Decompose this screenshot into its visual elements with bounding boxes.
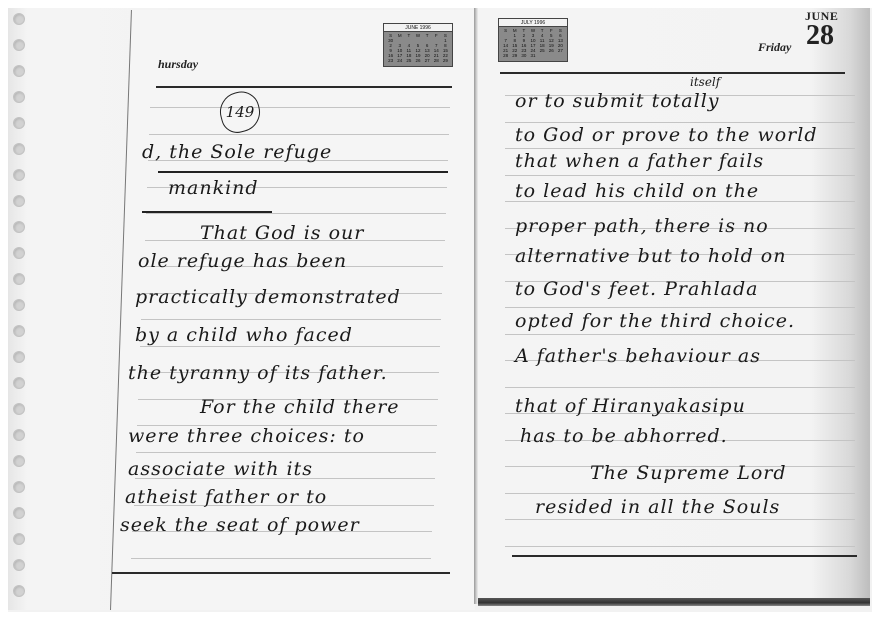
page-number-circle: 149 (216, 88, 265, 137)
handwritten-line: resided in all the Souls (535, 496, 780, 518)
ruled-line (505, 148, 855, 149)
spiral-hole (13, 247, 25, 259)
handwritten-line: or to submit totally (515, 90, 720, 112)
spiral-hole (13, 91, 25, 103)
ruled-line (505, 122, 855, 123)
ruled-line (505, 175, 855, 176)
heading-underline (158, 171, 448, 173)
calendar-cell: 28 (432, 58, 441, 63)
calendar-grid: SMTWTFS123456789101112131415161718192021… (499, 27, 567, 59)
calendar-cell: 26 (413, 58, 422, 63)
insertion-note: itself (690, 75, 720, 89)
ruled-line (505, 307, 855, 308)
spiral-hole (13, 195, 25, 207)
handwritten-line: to God's feet. Prahlada (515, 278, 758, 300)
spiral-hole (13, 299, 25, 311)
calendar-cell: 30 (519, 53, 528, 58)
page-bottom-shadow (478, 598, 870, 606)
handwritten-line: to God or prove to the world (515, 124, 818, 146)
spiral-hole (13, 143, 25, 155)
handwritten-line: has to be abhorred. (520, 425, 728, 447)
handwritten-line: proper path, there is no (515, 215, 769, 237)
handwritten-line: ole refuge has been (138, 250, 347, 272)
spiral-hole (13, 377, 25, 389)
calendar-grid: SMTWTFS301234567891011121314151617181920… (384, 32, 452, 64)
spiral-hole (13, 13, 25, 25)
handwritten-line: that when a father fails (515, 150, 764, 172)
ruled-line (136, 452, 436, 453)
header-rule-right (500, 72, 845, 74)
handwritten-line: practically demonstrated (135, 286, 401, 308)
footer-rule-left (112, 572, 450, 574)
handwritten-line: A father's behaviour as (515, 345, 761, 367)
handwritten-line: atheist father or to (125, 486, 327, 508)
calendar-cell: 26 (547, 48, 556, 53)
ruled-line (505, 493, 855, 494)
spiral-hole (13, 65, 25, 77)
date-number: 28 (806, 20, 834, 52)
spiral-hole (13, 455, 25, 467)
calendar-title: JUNE 1996 (384, 24, 452, 32)
spiral-hole (13, 481, 25, 493)
heading-line: d, the Sole refuge (142, 141, 332, 163)
handwritten-line: seek the seat of power (120, 514, 360, 536)
spiral-hole (13, 533, 25, 545)
handwritten-line: associate with its (128, 458, 313, 480)
handwritten-line: That God is our (200, 222, 364, 244)
mini-calendar-june: JUNE 1996 SMTWTFS30123456789101112131415… (383, 23, 453, 67)
ruled-line (131, 558, 431, 559)
right-day-label: Friday (758, 40, 791, 55)
spiral-hole (13, 351, 25, 363)
handwritten-line: opted for the third choice. (515, 310, 795, 332)
handwritten-line: alternative but to hold on (515, 245, 786, 267)
spiral-hole (13, 429, 25, 441)
handwritten-line: The Supreme Lord (590, 462, 787, 484)
spiral-hole (13, 117, 25, 129)
ruled-line (505, 546, 855, 547)
ruled-line (141, 319, 441, 320)
calendar-cell: 27 (556, 48, 565, 53)
calendar-cell: 29 (441, 58, 450, 63)
handwritten-line: were three choices: to (128, 425, 365, 447)
spiral-hole (13, 325, 25, 337)
ruled-line (146, 213, 446, 214)
footer-rule-right (512, 555, 857, 557)
spiral-hole (13, 559, 25, 571)
spiral-hole (13, 221, 25, 233)
handwritten-line: For the child there (200, 396, 400, 418)
spiral-hole (13, 403, 25, 415)
spiral-hole (13, 585, 25, 597)
header-rule-left (156, 86, 452, 88)
ruled-line (505, 334, 855, 335)
heading-line: mankind (168, 177, 259, 199)
handwritten-line: that of Hiranyakasipu (515, 395, 746, 417)
ruled-line (505, 387, 855, 388)
calendar-cell: 31 (528, 53, 537, 58)
handwritten-line: by a child who faced (135, 324, 353, 346)
heading-underline (142, 211, 272, 213)
calendar-cell: 25 (538, 48, 547, 53)
calendar-title: JULY 1996 (499, 19, 567, 27)
spiral-hole (13, 169, 25, 181)
spiral-hole (13, 507, 25, 519)
page-number: 149 (221, 93, 259, 131)
calendar-cell: 29 (510, 53, 519, 58)
spiral-hole (13, 273, 25, 285)
handwritten-line: to lead his child on the (515, 180, 759, 202)
calendar-cell: 28 (501, 53, 510, 58)
calendar-cell: 24 (395, 58, 404, 63)
mini-calendar-july: JULY 1996 SMTWTFS12345678910111213141516… (498, 18, 568, 62)
spiral-hole (13, 39, 25, 51)
ruled-line (150, 107, 450, 108)
left-day-label: hursday (158, 57, 198, 72)
ruled-line (505, 519, 855, 520)
calendar-cell: 27 (423, 58, 432, 63)
calendar-cell: 25 (404, 58, 413, 63)
calendar-cell: 23 (386, 58, 395, 63)
ruled-line (149, 134, 449, 135)
handwritten-line: the tyranny of its father. (128, 362, 388, 384)
